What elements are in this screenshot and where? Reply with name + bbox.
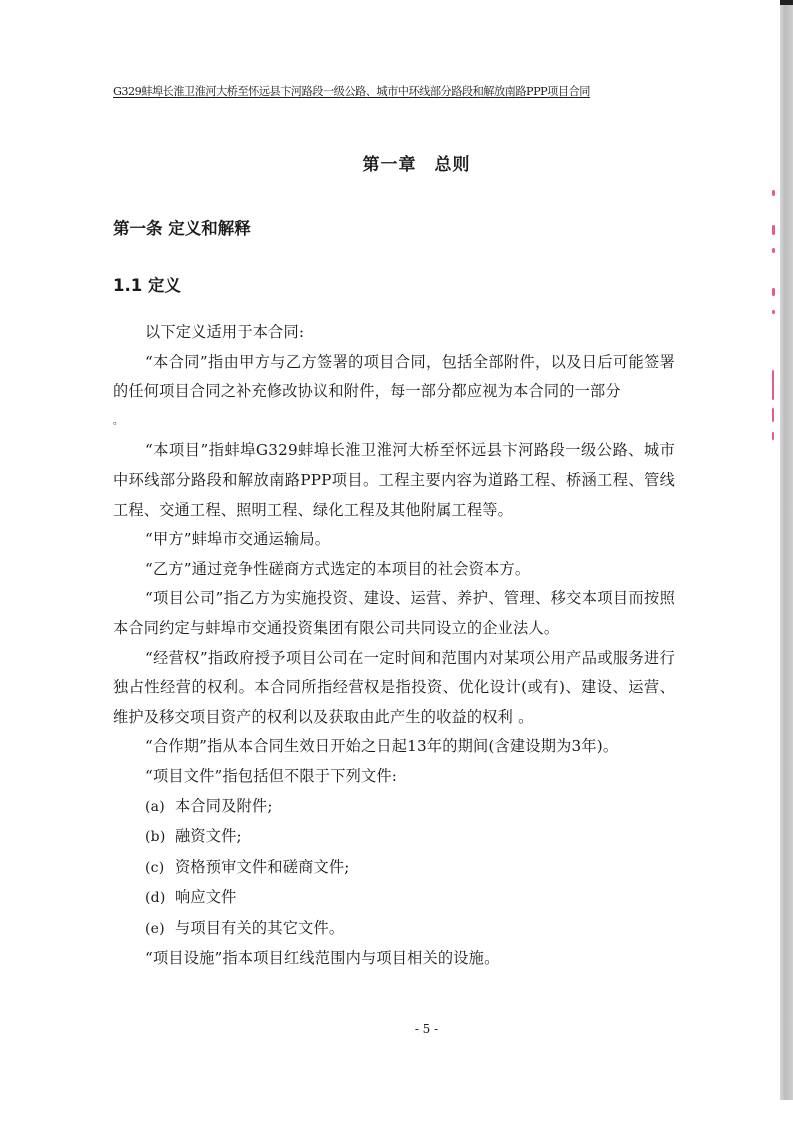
paragraph-cooperation-period: “合作期”指从本合同生效日开始之日起13年的期间(含建设期为3年)。 [113, 732, 675, 762]
document-body: 以下定义适用于本合同: “本合同”指由甲方与乙方签署的项目合同，包括全部附件，以… [113, 318, 675, 974]
paragraph-project-documents: “项目文件”指包括但不限于下列文件: [113, 762, 675, 792]
chapter-title: 第一章总则 [0, 150, 793, 175]
list-item: (b)融资文件; [113, 822, 675, 853]
paragraph-party-b: “乙方”通过竞争性磋商方式选定的本项目的社会资本方。 [113, 555, 675, 585]
paragraph-operating-right: “经营权”指政府授予项目公司在一定时间和范围内对某项公用产品或服务进行独占性经营… [113, 644, 675, 733]
chapter-name: 总则 [435, 155, 471, 175]
list-item: (a)本合同及附件; [113, 792, 675, 823]
section-title: 1.1 定义 [113, 272, 181, 296]
paragraph-project-facilities: “项目设施”指本项目红线范围内与项目相关的设施。 [113, 944, 675, 974]
paragraph-project-company: “项目公司”指乙方为实施投资、建设、运营、养护、管理、移交本项目而按照本合同约定… [113, 584, 675, 643]
paragraph-party-a: “甲方”蚌埠市交通运输局。 [113, 525, 675, 555]
page-number: - 5 - [0, 1022, 793, 1036]
paragraph-contract-definition: “本合同”指由甲方与乙方签署的项目合同，包括全部附件，以及日后可能签署的任何项目… [113, 348, 675, 407]
list-item: (c)资格预审文件和磋商文件; [113, 853, 675, 884]
paragraph-intro: 以下定义适用于本合同: [113, 318, 675, 348]
chapter-number: 第一章 [363, 155, 417, 175]
list-item: (e)与项目有关的其它文件。 [113, 914, 675, 945]
article-title: 第一条 定义和解释 [113, 215, 251, 239]
paragraph-project-definition: “本项目”指蚌埠G329蚌埠长淮卫淮河大桥至怀远县卞河路段一级公路、城市中环线部… [113, 436, 675, 525]
running-header: G329蚌埠长淮卫淮河大桥至怀远县卞河路段一级公路、城市中环线部分路段和解放南路… [113, 83, 603, 99]
scan-pink-marks [772, 170, 776, 460]
paragraph-orphan-period: 。 [113, 407, 675, 437]
list-item: (d)响应文件 [113, 883, 675, 914]
scan-top-bar [780, 0, 793, 5]
